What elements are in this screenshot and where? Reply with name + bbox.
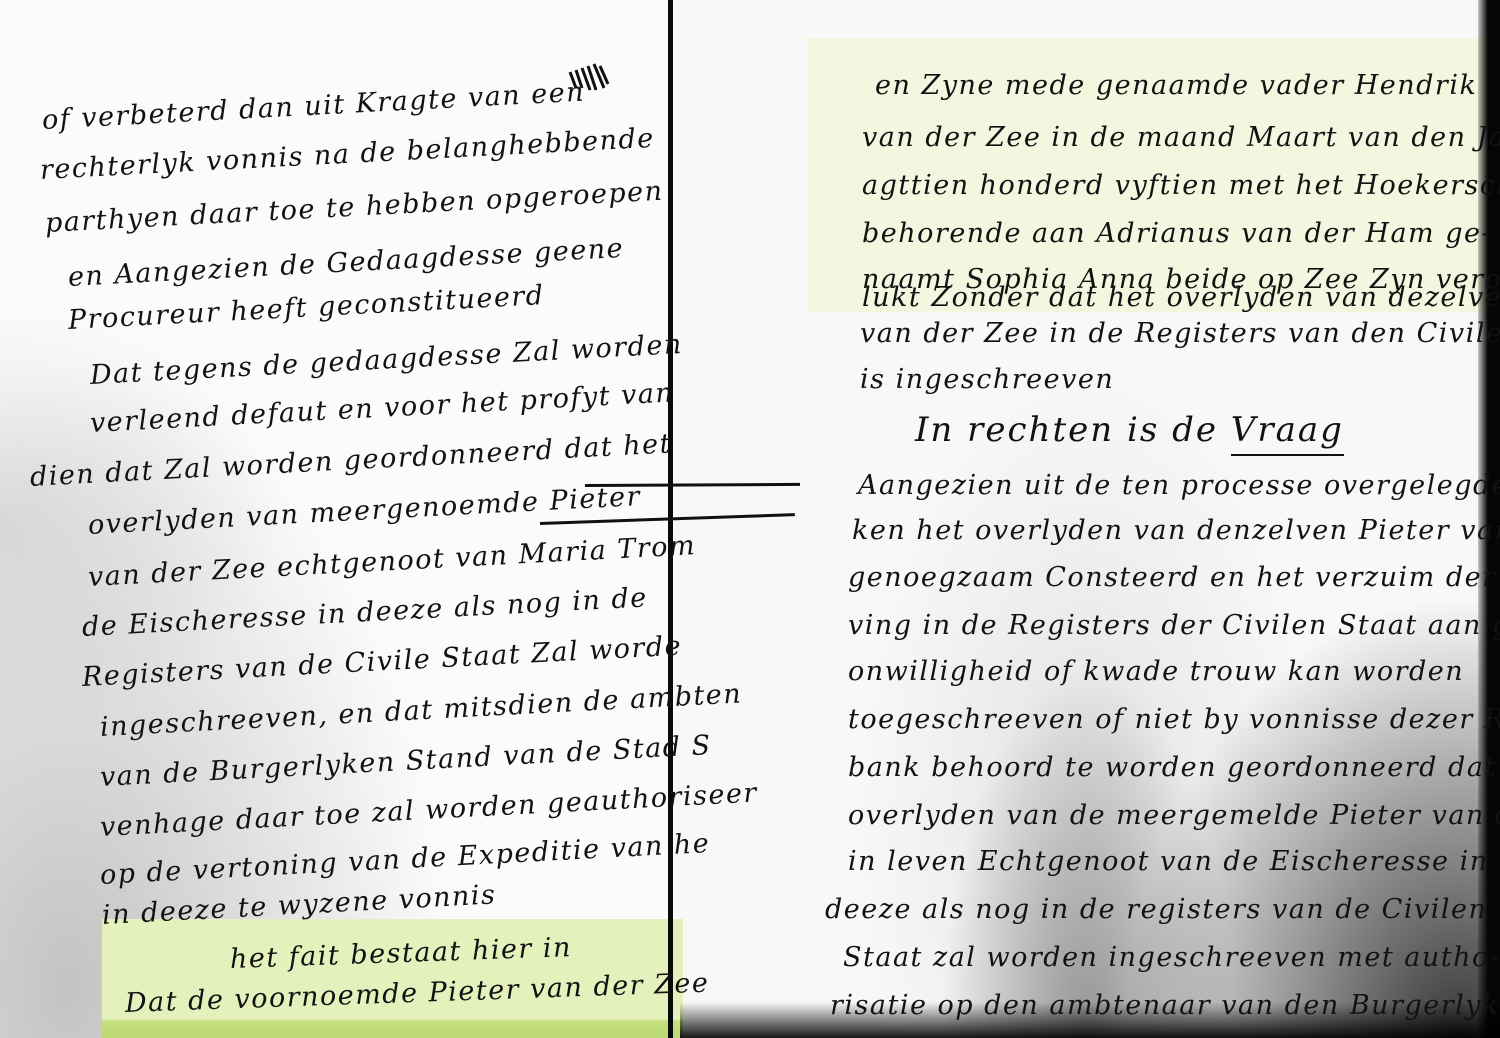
- right-line: onwilligheid of kwade trouw kan worden: [848, 656, 1464, 687]
- right-line: ken het overlyden van denzelven Pieter v…: [852, 515, 1500, 546]
- right-highlighted-line: behorende aan Adrianus van der Ham ge-: [862, 218, 1492, 249]
- right-highlighted-line: lukt Zonder dat het overlyden van dezelv…: [862, 282, 1500, 313]
- section-heading: In rechten is de Vraag: [915, 410, 1344, 450]
- right-highlighted-line: van der Zee in de maand Maart van den Ja…: [862, 122, 1500, 153]
- right-line: bank behoord te worden geordonneerd dat …: [848, 752, 1500, 783]
- right-line: van der Zee in de Registers van den Civi…: [860, 318, 1500, 349]
- right-line: risatie op den ambtenaar van den Burgerl…: [830, 990, 1500, 1021]
- right-line: in leven Echtgenoot van de Eischeresse i…: [848, 846, 1489, 877]
- right-line: overlyden van de meergemelde Pieter van …: [848, 800, 1500, 831]
- right-line: genoegzaam Consteerd en het verzuim der …: [848, 562, 1500, 593]
- right-line: deeze als nog in de registers van de Civ…: [825, 894, 1487, 925]
- right-line: Staat zal worden ingeschreeven met autho…: [843, 942, 1500, 973]
- heading-prefix: In rechten is de: [915, 410, 1231, 450]
- right-line: toegeschreeven of niet by vonnisse dezer…: [848, 704, 1500, 735]
- heading-underlined-word: Vraag: [1231, 410, 1344, 456]
- right-highlighted-line: agttien honderd vyftien met het Hoekersc…: [862, 170, 1500, 201]
- right-line: is ingeschreeven: [860, 364, 1114, 395]
- right-line: Aangezien uit de ten processe overgelegd…: [858, 470, 1500, 501]
- right-line: ving in de Registers der Civilen Staat a…: [848, 610, 1500, 641]
- right-highlighted-line: en Zyne mede genaamde vader Hendrik: [875, 70, 1477, 101]
